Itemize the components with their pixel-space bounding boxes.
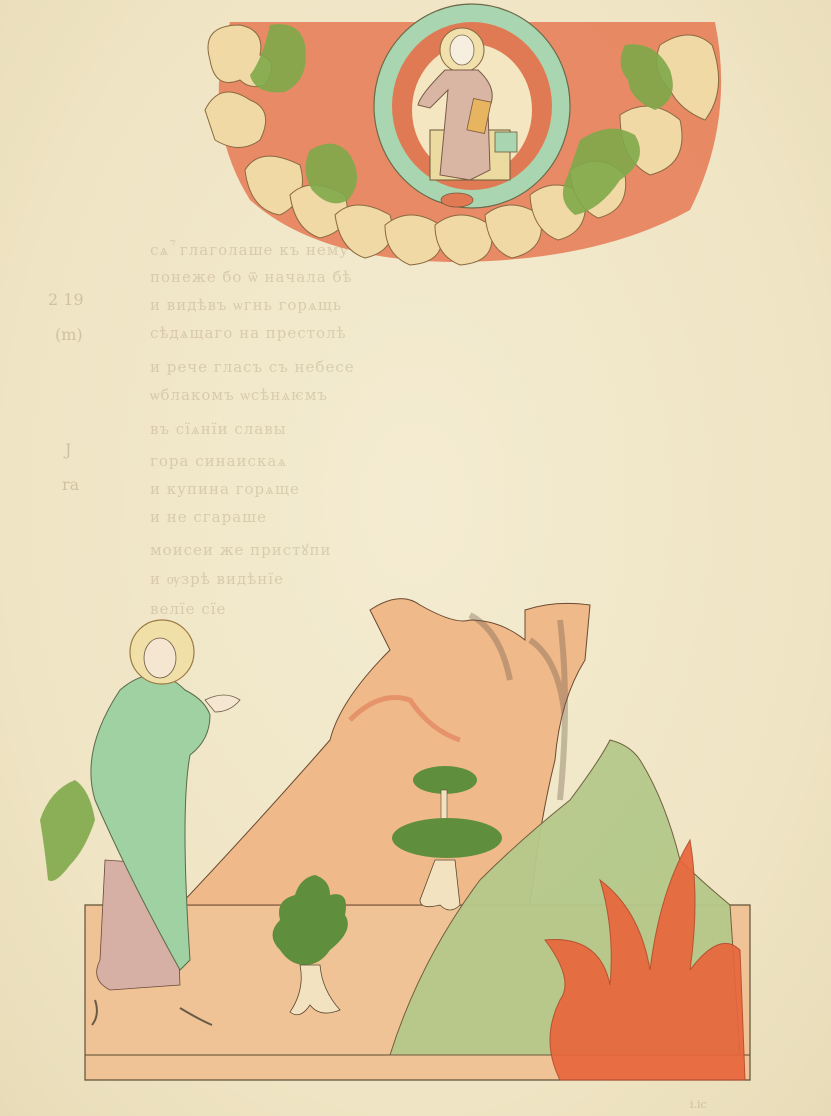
saint-hands: [205, 695, 240, 712]
manuscript-page: сѧ ⷮ҇ глаголаше къ нему понеже бо ѿ нача…: [0, 0, 831, 1116]
saint-cloak-back: [40, 780, 95, 881]
bottom-illumination: [0, 0, 831, 1116]
saint-head: [144, 638, 176, 678]
